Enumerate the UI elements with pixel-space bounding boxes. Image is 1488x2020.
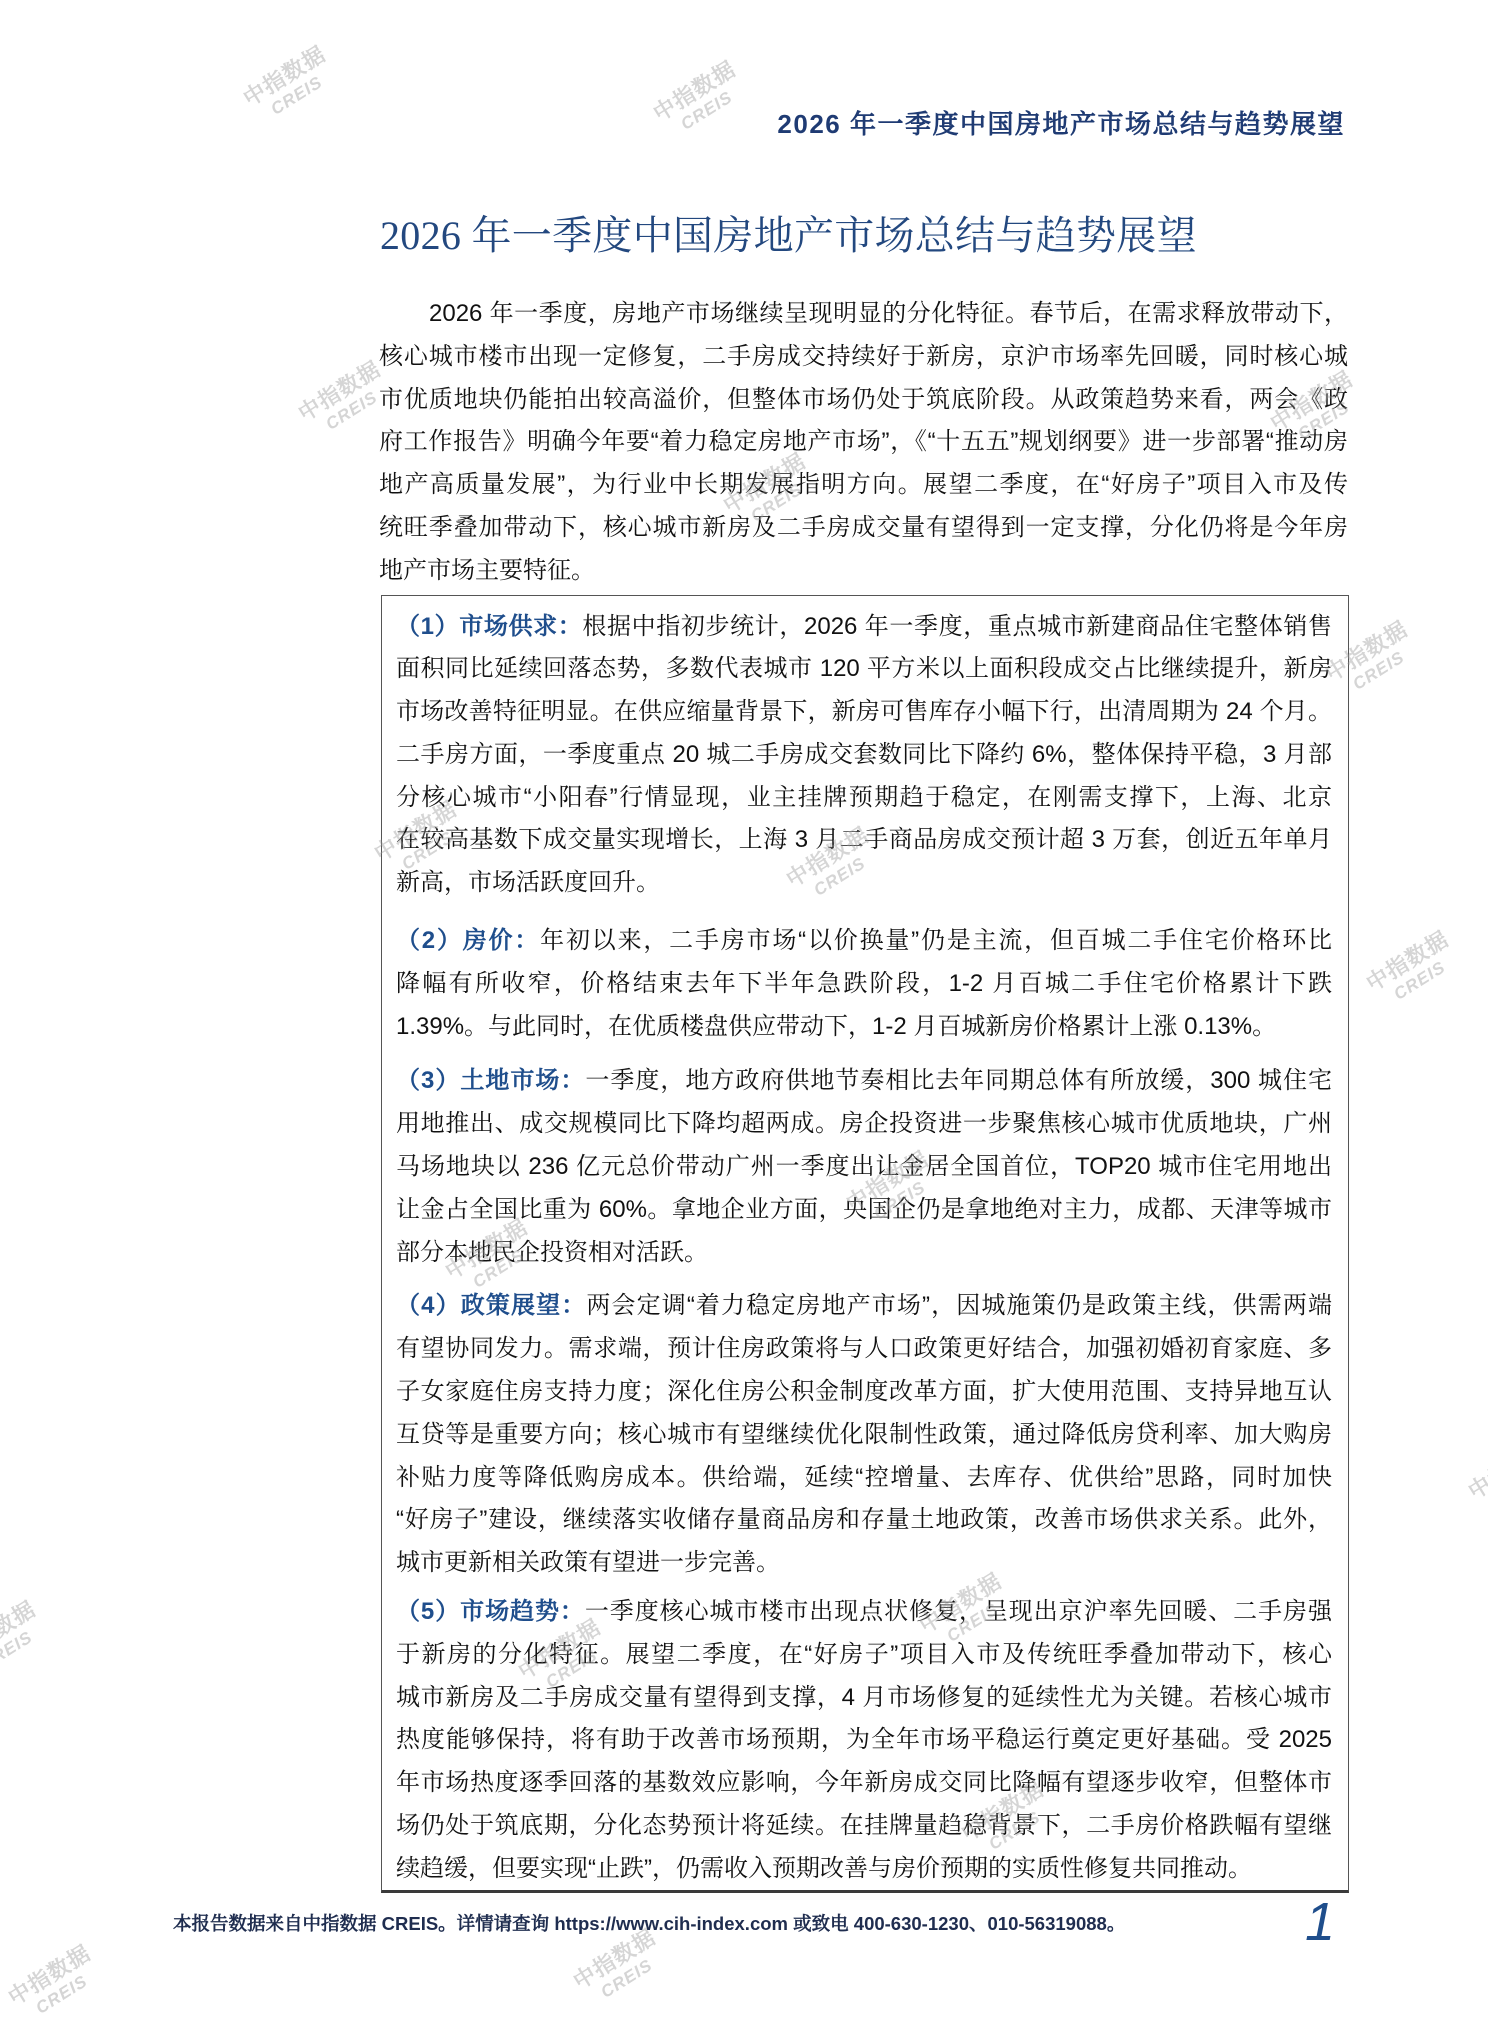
watermark-text: 中指数据: [0, 1598, 40, 1665]
section-line: “好房子”建设，继续落实收储存量商品房和存量土地政策，改善市场供求关系。此外，: [396, 1499, 1332, 1542]
intro-line: 地产高质量发展”，为行业中长期发展指明方向。展望二季度，在“好房子”项目入市及传: [379, 464, 1348, 507]
section-line: 城市更新相关政策有望进一步完善。: [396, 1542, 1332, 1585]
watermark: 中指数据CREIS: [1363, 928, 1463, 1012]
section-line: 续趋缓，但要实现“止跌”，仍需收入预期改善与房价预期的实质性修复共同推动。: [396, 1848, 1332, 1891]
section-line: 子女家庭住房支持力度；深化住房公积金制度改革方面，扩大使用范围、支持异地互认: [396, 1371, 1332, 1414]
watermark: 中指数据CREIS: [650, 58, 750, 142]
section-label: （2）房价：: [396, 927, 540, 954]
section-text: 年初以来，二手房市场“以价换量”仍是主流，但百城二手住宅价格环比: [540, 927, 1332, 954]
watermark-subtext: CREIS: [663, 79, 750, 142]
watermark-subtext: CREIS: [583, 1947, 670, 2010]
footer-url-link[interactable]: https://www.cih-index.com: [554, 1913, 788, 1934]
section-text: 根据中指初步统计，2026 年一季度，重点城市新建商品住宅整体销售: [582, 613, 1332, 640]
section-line: 马场地块以 236 亿元总价带动广州一季度出让金居全国首位，TOP20 城市住宅…: [396, 1146, 1332, 1189]
watermark-subtext: CREIS: [253, 64, 340, 127]
page-number: 1: [1305, 1892, 1335, 1952]
watermark-text: 中指数据: [5, 1942, 95, 2009]
section-line: 部分本地民企投资相对活跃。: [396, 1232, 1332, 1275]
footer-prefix: 本报告数据来自中指数据 CREIS。详情请查询: [173, 1913, 554, 1934]
intro-paragraph: 2026 年一季度，房地产市场继续呈现明显的分化特征。春节后，在需求释放带动下，…: [379, 293, 1348, 593]
section-line: （2）房价：年初以来，二手房市场“以价换量”仍是主流，但百城二手住宅价格环比: [396, 920, 1332, 963]
section-line: 用地推出、成交规模同比下降均超两成。房企投资进一步聚焦核心城市优质地块，广州: [396, 1103, 1332, 1146]
section-line: 面积同比延续回落态势，多数代表城市 120 平方米以上面积段成交占比继续提升，新…: [396, 648, 1332, 691]
section-line: （1）市场供求：根据中指初步统计，2026 年一季度，重点城市新建商品住宅整体销…: [396, 606, 1332, 649]
section-line: 让金占全国比重为 60%。拿地企业方面，央国企仍是拿地绝对主力，成都、天津等城市: [396, 1189, 1332, 1232]
intro-line: 统旺季叠加带动下，核心城市新房及二手房成交量有望得到一定支撑，分化仍将是今年房: [379, 507, 1348, 550]
section-line: 分核心城市“小阳春”行情显现，业主挂牌预期趋于稳定，在刚需支撑下，上海、北京: [396, 777, 1332, 820]
section-line: 新高，市场活跃度回升。: [396, 862, 1332, 905]
section-label: （5）市场趋势：: [396, 1598, 585, 1625]
section-line: 在较高基数下成交量实现增长，上海 3 月二手商品房成交预计超 3 万套，创近五年…: [396, 819, 1332, 862]
watermark-subtext: CREIS: [1376, 949, 1463, 1012]
section-label: （1）市场供求：: [396, 613, 582, 640]
watermark-subtext: CREIS: [0, 1619, 50, 1682]
section-line: 于新房的分化特征。展望二季度，在“好房子”项目入市及传统旺季叠加带动下，核心: [396, 1634, 1332, 1677]
section-line: 1.39%。与此同时，在优质楼盘供应带动下，1-2 月百城新房价格累计上涨 0.…: [396, 1006, 1332, 1049]
section-line: （5）市场趋势：一季度核心城市楼市出现点状修复，呈现出京沪率先回暖、二手房强: [396, 1591, 1332, 1634]
watermark-text: 中指数据: [1465, 1436, 1488, 1503]
section-label: （3）土地市场：: [396, 1067, 585, 1094]
intro-line: 市优质地块仍能拍出较高溢价，但整体市场仍处于筑底阶段。从政策趋势来看，两会《政: [379, 379, 1348, 422]
section-line: 场仍处于筑底期，分化态势预计将延续。在挂牌量趋稳背景下，二手房价格跌幅有望继: [396, 1805, 1332, 1848]
footer-source-note: 本报告数据来自中指数据 CREIS。详情请查询 https://www.cih-…: [173, 1912, 1125, 1936]
watermark-text: 中指数据: [1363, 928, 1453, 995]
section-market-trend: （5）市场趋势：一季度核心城市楼市出现点状修复，呈现出京沪率先回暖、二手房强 于…: [396, 1591, 1332, 1891]
section-line: 互贷等是重要方向；核心城市有望继续优化限制性政策，通过降低房贷利率、加大购房: [396, 1414, 1332, 1457]
section-policy-outlook: （4）政策展望：两会定调“着力稳定房地产市场”，因城施策仍是政策主线，供需两端 …: [396, 1285, 1332, 1585]
section-line: 年市场热度逐季回落的基数效应影响，今年新房成交同比降幅有望逐步收窄，但整体市: [396, 1762, 1332, 1805]
section-land-market: （3）土地市场：一季度，地方政府供地节奏相比去年同期总体有所放缓，300 城住宅…: [396, 1060, 1332, 1274]
watermark: 中指数据CREIS: [570, 1926, 670, 2010]
section-market-supply-demand: （1）市场供求：根据中指初步统计，2026 年一季度，重点城市新建商品住宅整体销…: [396, 606, 1332, 906]
intro-line: 地产市场主要特征。: [379, 550, 1348, 593]
running-header-title: 2026 年一季度中国房地产市场总结与趋势展望: [777, 109, 1345, 139]
section-label: （4）政策展望：: [396, 1292, 586, 1319]
watermark-subtext: CREIS: [1478, 1457, 1488, 1520]
watermark-text: 中指数据: [650, 58, 740, 125]
section-line: 热度能够保持，将有助于改善市场预期，为全年市场平稳运行奠定更好基础。受 2025: [396, 1719, 1332, 1762]
section-line: 市场改善特征明显。在供应缩量背景下，新房可售库存小幅下行，出清周期为 24 个月…: [396, 691, 1332, 734]
document-title: 2026 年一季度中国房地产市场总结与趋势展望: [380, 212, 1197, 260]
section-text: 两会定调“着力稳定房地产市场”，因城施策仍是政策主线，供需两端: [586, 1292, 1332, 1319]
section-line: 城市新房及二手房成交量有望得到支撑，4 月市场修复的延续性尤为关键。若核心城市: [396, 1677, 1332, 1720]
section-housing-price: （2）房价：年初以来，二手房市场“以价换量”仍是主流，但百城二手住宅价格环比 降…: [396, 920, 1332, 1048]
section-text: 一季度，地方政府供地节奏相比去年同期总体有所放缓，300 城住宅: [585, 1067, 1332, 1094]
section-line: 二手房方面，一季度重点 20 城二手房成交套数同比下降约 6%，整体保持平稳，3…: [396, 734, 1332, 777]
watermark: 中指数据CREIS: [5, 1942, 105, 2020]
section-line: （4）政策展望：两会定调“着力稳定房地产市场”，因城施策仍是政策主线，供需两端: [396, 1285, 1332, 1328]
section-line: 补贴力度等降低购房成本。供给端，延续“控增量、去库存、优供给”思路，同时加快: [396, 1457, 1332, 1500]
intro-line: 核心城市楼市出现一定修复，二手房成交持续好于新房，京沪市场率先回暖，同时核心城: [379, 336, 1348, 379]
section-text: 一季度核心城市楼市出现点状修复，呈现出京沪率先回暖、二手房强: [585, 1598, 1332, 1625]
summary-box: （1）市场供求：根据中指初步统计，2026 年一季度，重点城市新建商品住宅整体销…: [381, 595, 1349, 1893]
watermark-subtext: CREIS: [18, 1963, 105, 2020]
watermark: 中指数据CREIS: [1465, 1436, 1488, 1520]
watermark: 中指数据CREIS: [0, 1598, 50, 1682]
intro-line: 2026 年一季度，房地产市场继续呈现明显的分化特征。春节后，在需求释放带动下，: [379, 293, 1348, 336]
watermark: 中指数据CREIS: [240, 43, 340, 127]
watermark-text: 中指数据: [240, 43, 330, 110]
section-line: （3）土地市场：一季度，地方政府供地节奏相比去年同期总体有所放缓，300 城住宅: [396, 1060, 1332, 1103]
watermark-text: 中指数据: [295, 358, 385, 425]
section-line: 降幅有所收窄，价格结束去年下半年急跌阶段，1-2 月百城二手住宅价格累计下跌: [396, 963, 1332, 1006]
intro-line: 府工作报告》明确今年要“着力稳定房地产市场”，《“十五五”规划纲要》进一步部署“…: [379, 421, 1348, 464]
section-line: 有望协同发力。需求端，预计住房政策将与人口政策更好结合，加强初婚初育家庭、多: [396, 1328, 1332, 1371]
footer-suffix: 或致电 400-630-1230、010-56319088。: [788, 1913, 1125, 1934]
